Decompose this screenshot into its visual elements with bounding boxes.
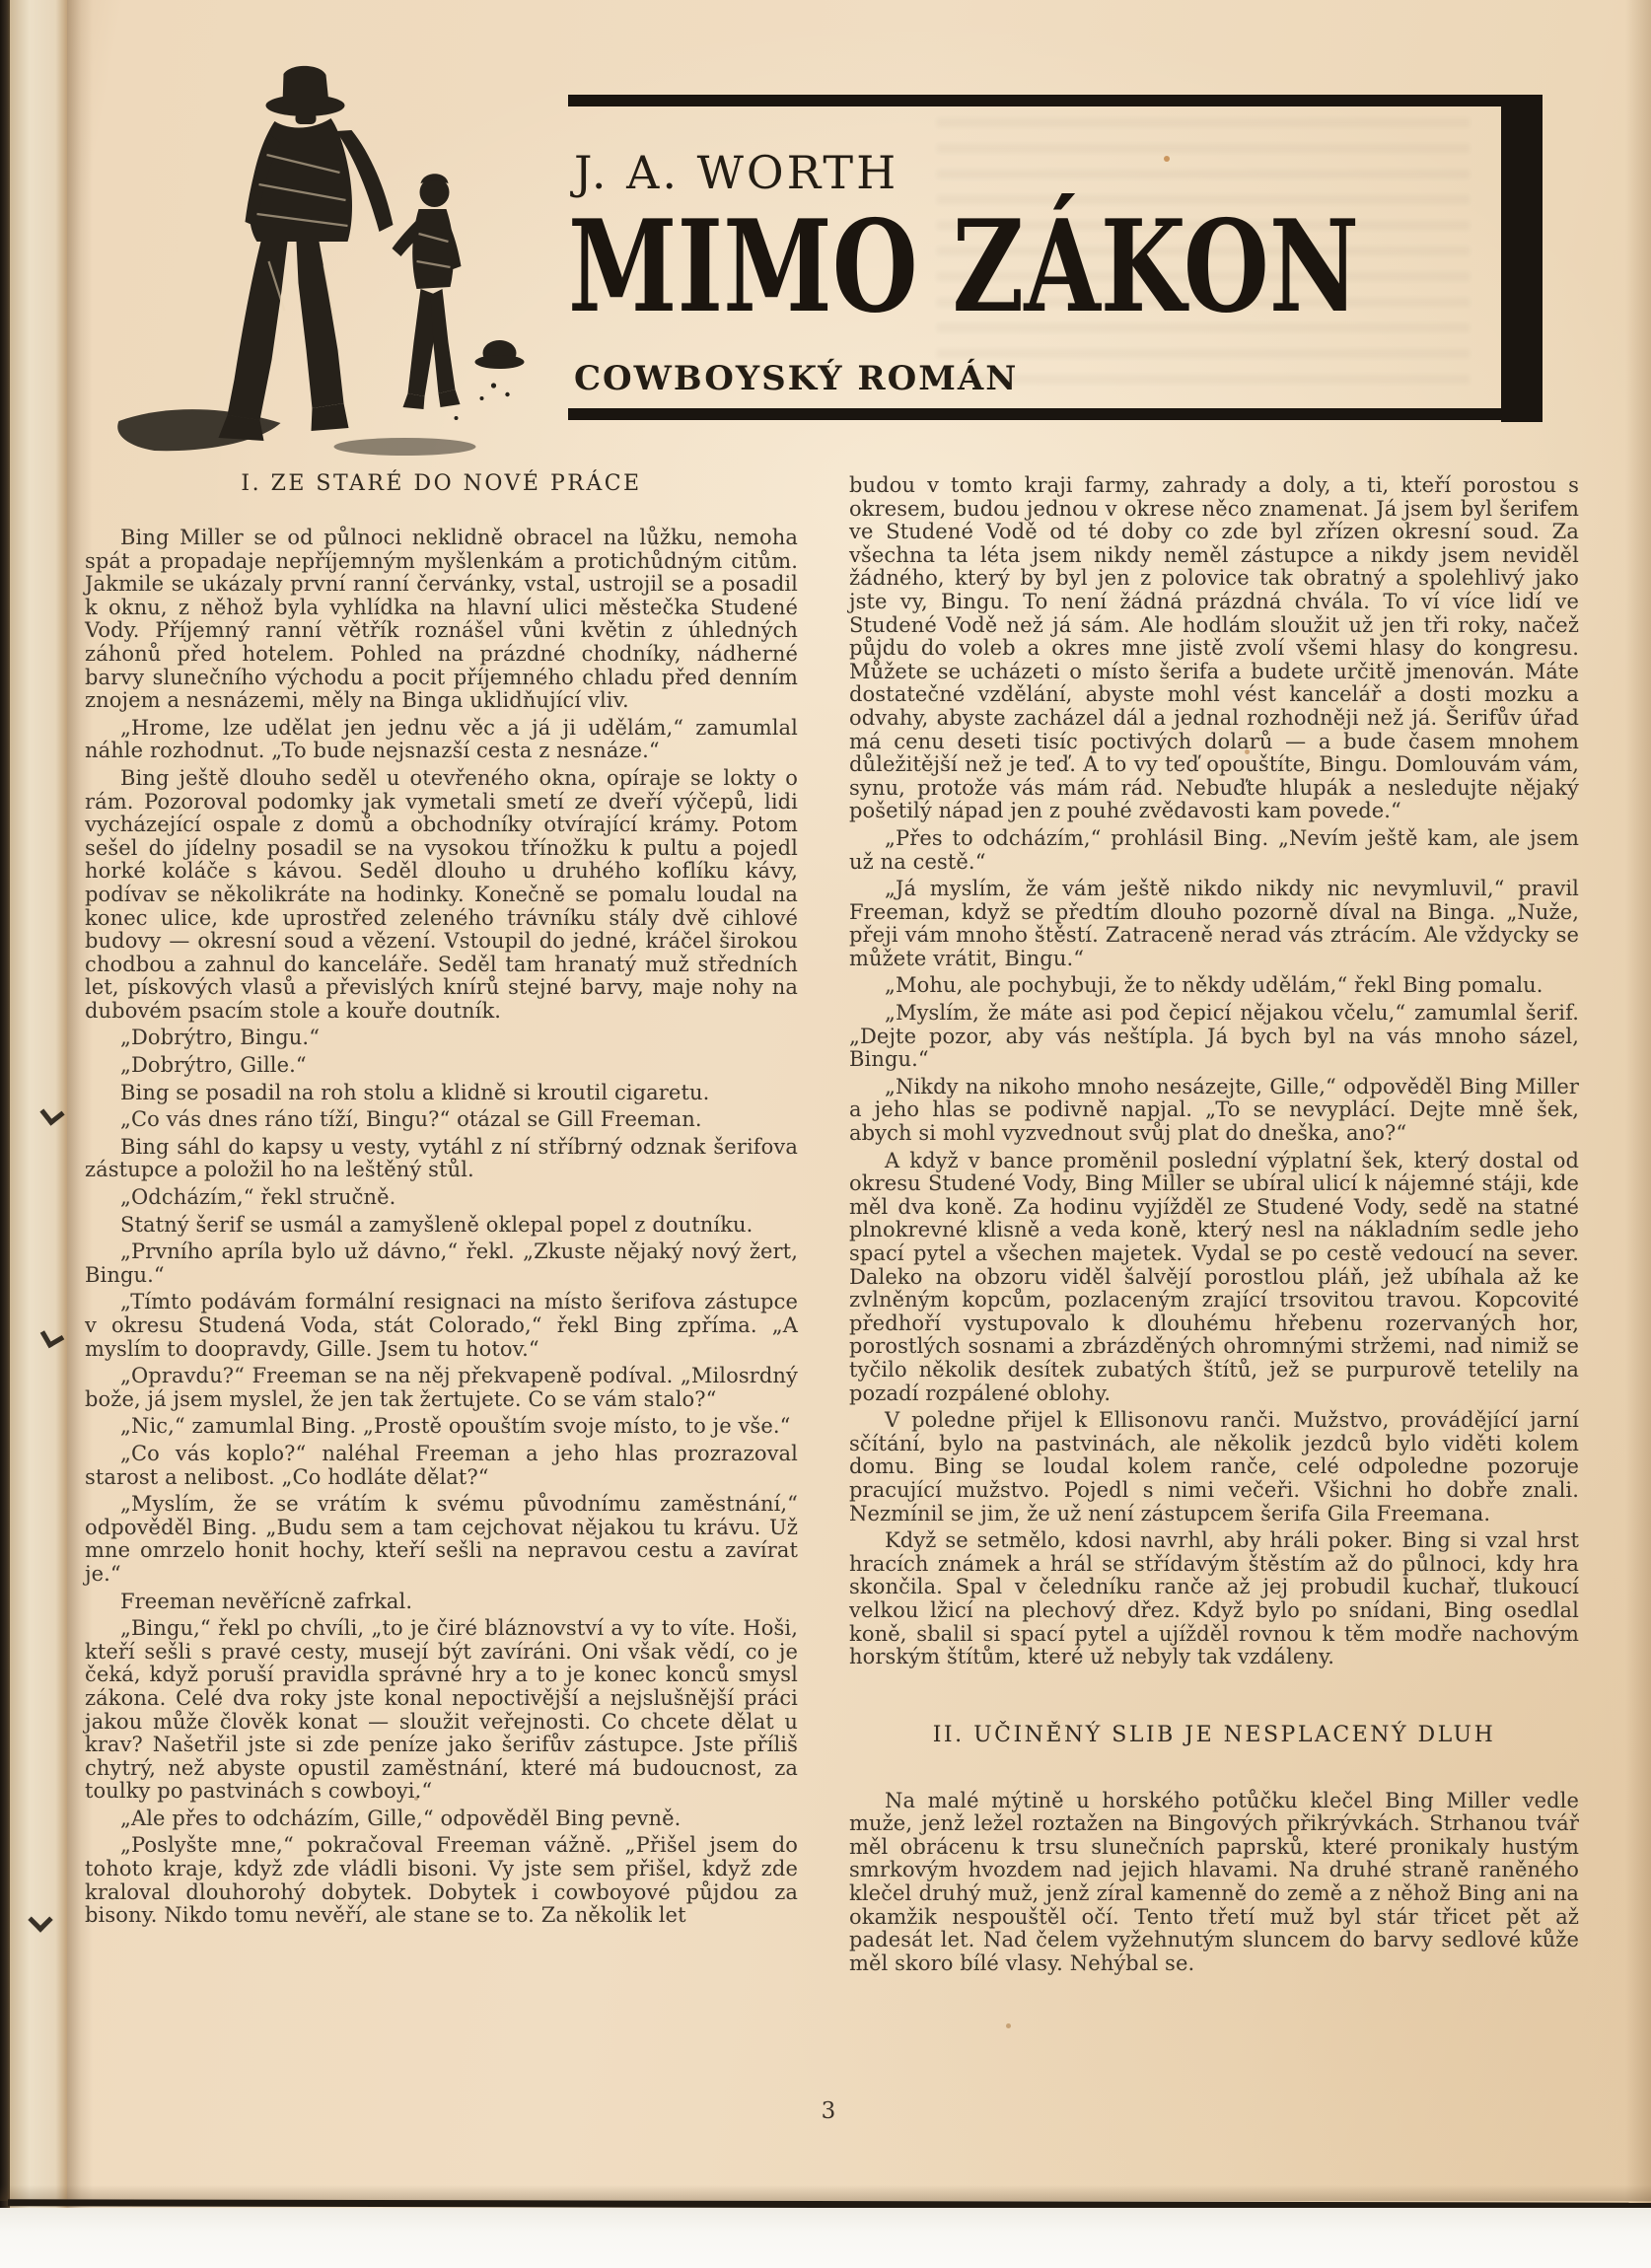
paragraph: „Co vás koplo?“ naléhal Freeman a jeho h… — [85, 1443, 798, 1489]
paragraph: „Myslím, že máte asi pod čepicí nějakou … — [849, 1002, 1579, 1072]
paragraph: „Já myslím, že vám ještě nikdo nikdy nic… — [849, 878, 1579, 970]
paragraph: „Hrome, lze udělat jen jednu věc a já ji… — [85, 717, 798, 763]
paragraph: Bing ještě dlouho seděl u otevřeného okn… — [85, 767, 798, 1024]
paragraph: Bing Miller se od půlnoci neklidně obrac… — [85, 527, 798, 713]
chapter-heading-2: II. UČINĚNÝ SLIB JE NESPLACENÝ DLUH — [849, 1723, 1579, 1748]
paragraph: „Nic,“ zamumlal Bing. „Prostě opouštím s… — [85, 1415, 798, 1439]
header-rule-bottom — [568, 408, 1501, 420]
paragraph: „Prvního apríla bylo už dávno,“ řekl. „Z… — [85, 1240, 798, 1287]
paragraph: V poledne přijel k Ellisonovu ranči. Muž… — [849, 1409, 1579, 1525]
book-page-scan: J. A. WORTH MIMO ZÁKON COWBOYSKÝ ROMÁN I… — [0, 0, 1651, 2268]
paragraph: Freeman nevěřícně zafrkal. — [85, 1591, 798, 1614]
paragraph: budou v tomto kraji farmy, zahrady a dol… — [849, 474, 1579, 823]
paper-speck — [1006, 2023, 1011, 2028]
spine-edge — [0, 0, 10, 2268]
cowboys-illustration — [99, 54, 557, 468]
paragraph: „Mohu, ale pochybuji, že to někdy udělám… — [849, 974, 1579, 998]
paragraph: „Ale přes to odcházím, Gille,“ odpověděl… — [85, 1807, 798, 1831]
paragraph: „Co vás dnes ráno tíží, Bingu?“ otázal s… — [85, 1108, 798, 1132]
header-rule-top — [568, 95, 1507, 106]
right-column-text: budou v tomto kraji farmy, zahrady a dol… — [849, 474, 1579, 1669]
paragraph: „Přes to odcházím,“ prohlásil Bing. „Nev… — [849, 827, 1579, 874]
page-title: MIMO ZÁKON — [568, 193, 1359, 341]
paragraph: „Tímto podávám formální resignaci na mís… — [85, 1291, 798, 1361]
paragraph: Na malé mýtině u horského potůčku klečel… — [849, 1790, 1579, 1976]
paragraph: „Bingu,“ řekl po chvíli, „to je čiré blá… — [85, 1617, 798, 1804]
left-column-text: Bing Miller se od půlnoci neklidně obrac… — [85, 527, 798, 1928]
header-rule-right — [1501, 95, 1543, 422]
right-column-text-after: Na malé mýtině u horského potůčku klečel… — [849, 1790, 1579, 1976]
page-number: 3 — [79, 2098, 1578, 2124]
paragraph: „Dobrýtro, Bingu.“ — [85, 1027, 798, 1050]
paragraph: „Opravdu?“ Freeman se na něj překvapeně … — [85, 1365, 798, 1411]
paragraph: Statný šerif se usmál a zamyšleně oklepa… — [85, 1214, 798, 1238]
paragraph: „Poslyšte mne,“ pokračoval Freeman vážně… — [85, 1834, 798, 1927]
paragraph: „Myslím, že se vrátím k svému původnímu … — [85, 1493, 798, 1586]
right-column: budou v tomto kraji farmy, zahrady a dol… — [849, 474, 1579, 1979]
author-name: J. A. WORTH — [574, 146, 898, 199]
right-edge-shadow — [1625, 0, 1651, 2268]
paragraph: Bing se posadil na roh stolu a klidně si… — [85, 1082, 798, 1105]
bottom-page-shadow — [0, 2185, 1651, 2201]
scanner-background — [0, 2208, 1651, 2268]
paragraph: Když se setmělo, kdosi navrhl, aby hráli… — [849, 1529, 1579, 1669]
paragraph: A když v bance proměnil poslední výplatn… — [849, 1150, 1579, 1406]
paragraph: „Nikdy na nikoho mnoho nesázejte, Gille,… — [849, 1076, 1579, 1146]
paragraph: Bing sáhl do kapsy u vesty, vytáhl z ní … — [85, 1136, 798, 1182]
paragraph: „Dobrýtro, Gille.“ — [85, 1054, 798, 1078]
subtitle: COWBOYSKÝ ROMÁN — [574, 359, 1018, 398]
paragraph: „Odcházím,“ řekl stručně. — [85, 1186, 798, 1210]
left-column: I. ZE STARÉ DO NOVÉ PRÁCE Bing Miller se… — [85, 471, 798, 1932]
chapter-heading-1: I. ZE STARÉ DO NOVÉ PRÁCE — [85, 471, 798, 497]
